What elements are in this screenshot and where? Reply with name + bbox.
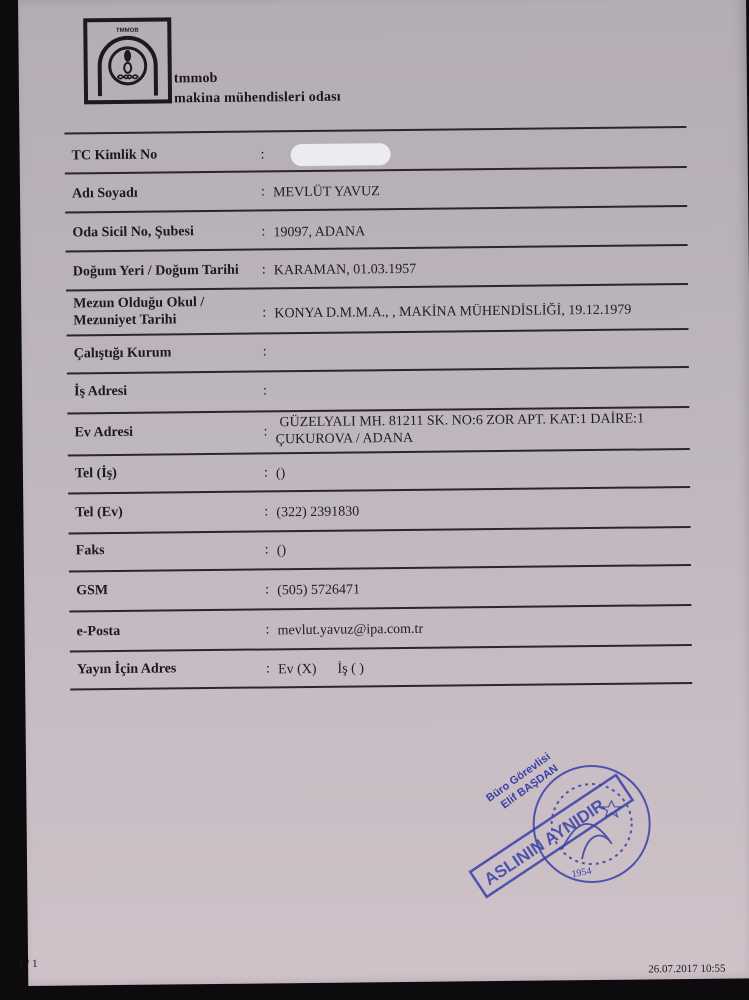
print-timestamp: 26.07.2017 10:55 xyxy=(648,963,725,976)
svg-text:1954: 1954 xyxy=(571,866,593,880)
svg-text:TMMOB: TMMOB xyxy=(116,28,139,34)
certification-stamp: ASLININ AYNIDIR 1954 Büro Görevlisi Elif… xyxy=(441,728,663,920)
member-info-form: TC Kimlik No : Adı Soyadı : MEVLÜT YAVUZ… xyxy=(64,126,684,132)
document-page: TMMOB MAKİNA MÜHENDİSLERİ ODASI tmmob ma… xyxy=(18,0,749,986)
tmmob-mmo-logo-icon: TMMOB MAKİNA MÜHENDİSLERİ ODASI xyxy=(87,21,168,100)
redaction-mask xyxy=(291,143,391,166)
org-full-name: makina mühendisleri odası xyxy=(174,90,341,108)
page-number: 1 / 1 xyxy=(18,958,38,970)
tmmob-logo: TMMOB MAKİNA MÜHENDİSLERİ ODASI xyxy=(83,17,172,104)
org-short-name: tmmob xyxy=(174,71,218,87)
